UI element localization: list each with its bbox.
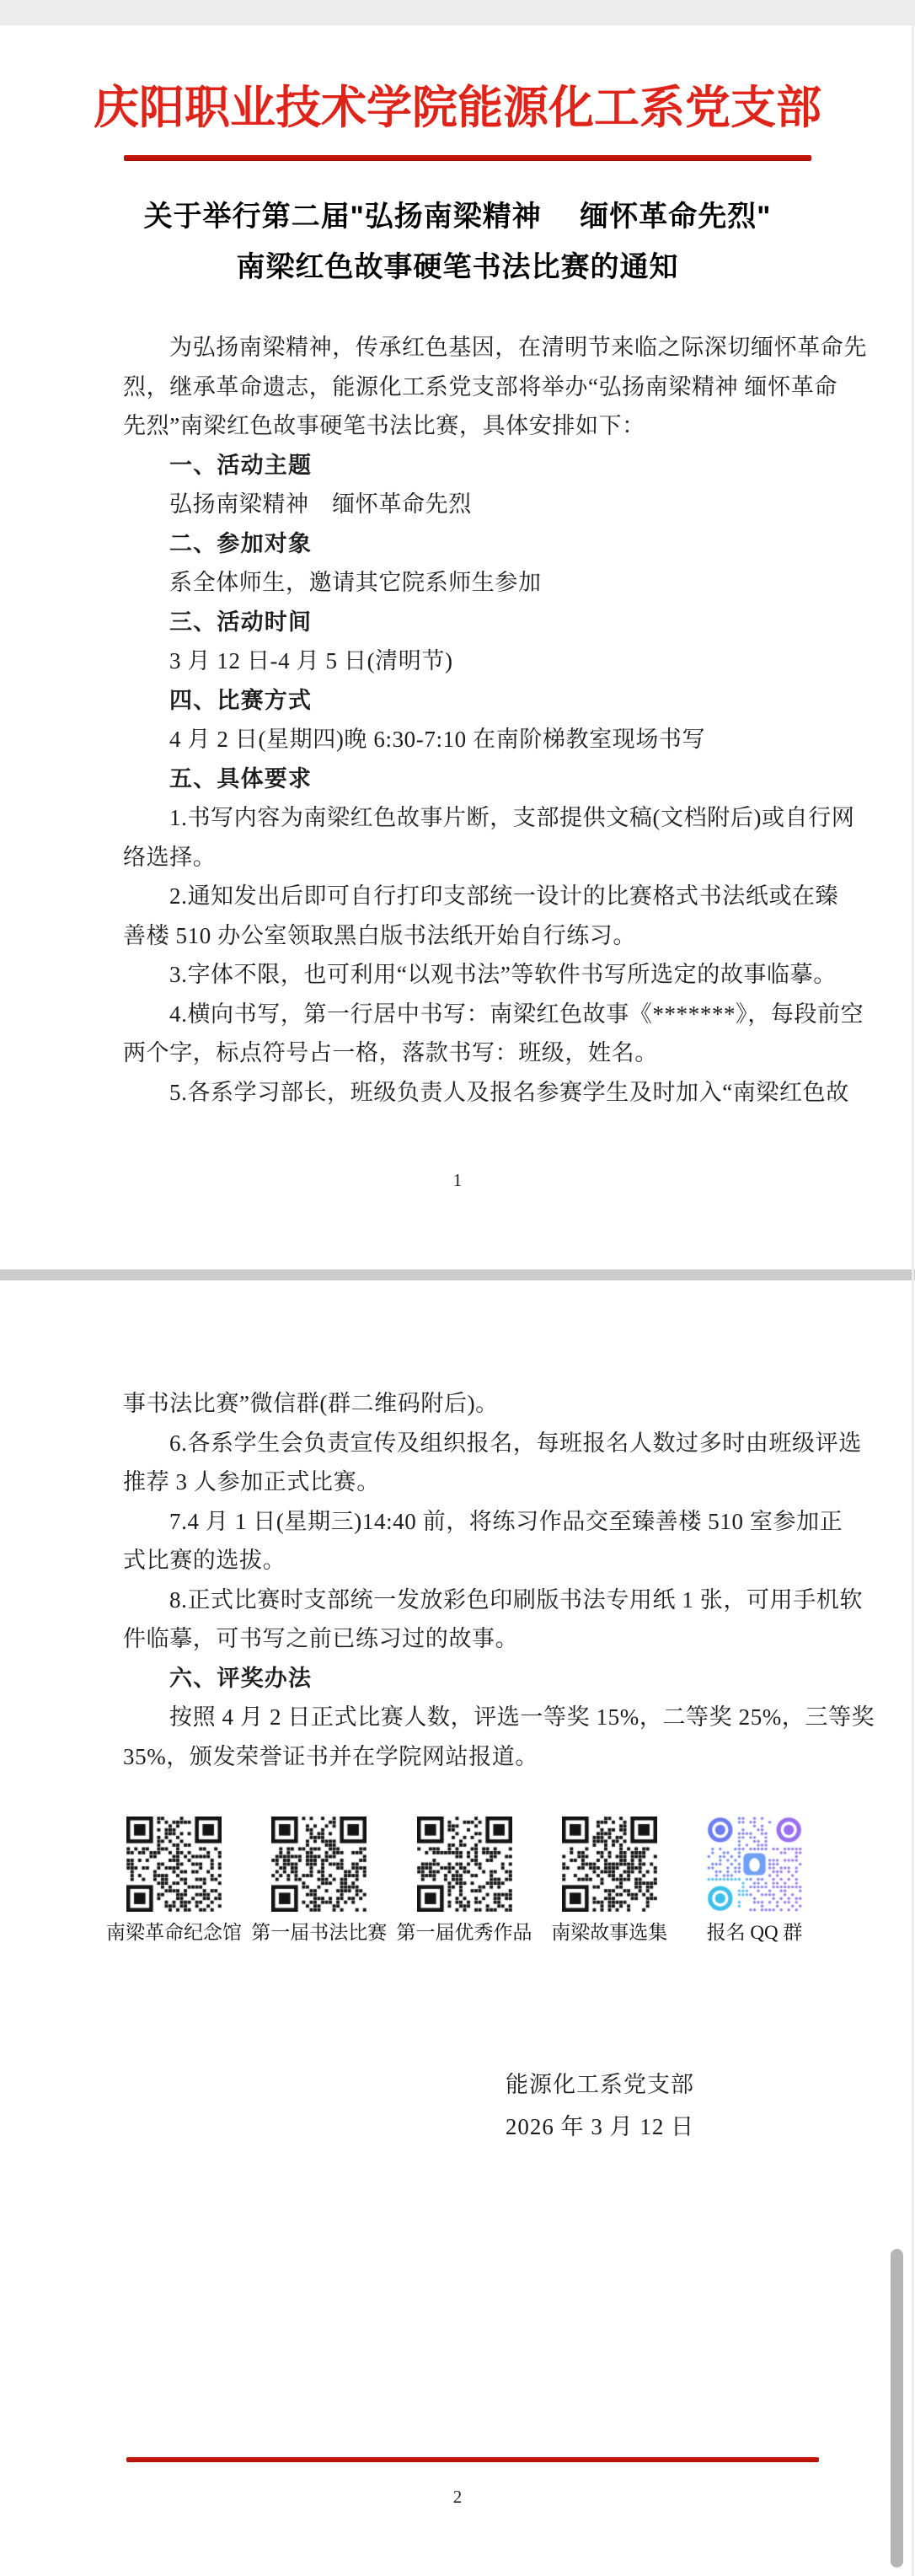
document-text-line: 系全体师生，邀请其它院系师生参加 (123, 563, 816, 603)
qr-item: 第一届优秀作品 (417, 1817, 512, 1912)
document-text-line: 式比赛的选拔。 (123, 1541, 816, 1580)
document-text-line: 烈，继承革命遗志，能源化工系党支部将举办“弘扬南梁精神 缅怀革命 (123, 368, 816, 407)
qr-code-row: 南梁革命纪念馆 第一届书法比赛 第一届优秀作品 南梁故事选集 报名 QQ 群 (126, 1817, 802, 1912)
page-gap-divider (0, 1269, 915, 1280)
qr-code-label: 南梁革命纪念馆 (106, 1917, 242, 1945)
qr-code-label: 第一届书法比赛 (251, 1917, 387, 1945)
qr-code-image (562, 1817, 657, 1912)
document-text-line: 六、评奖办法 (123, 1659, 816, 1699)
signature-date: 2026 年 3 月 12 日 (452, 2106, 747, 2148)
document-text-line: 一、活动主题 (123, 446, 816, 486)
qr-code-image (707, 1817, 802, 1912)
document-text-line: 35%，颁发荣誉证书并在学院网站报道。 (123, 1737, 816, 1777)
qr-code-label: 第一届优秀作品 (397, 1917, 532, 1945)
document-text-line: 事书法比赛”微信群(群二维码附后)。 (123, 1384, 816, 1424)
organization-header: 庆阳职业技术学院能源化工系党支部 (0, 71, 915, 145)
document-title-line-2: 南梁红色故事硬笔书法比赛的通知 (0, 250, 915, 285)
qr-item: 南梁故事选集 (562, 1817, 657, 1912)
document-text-line: 4 月 2 日(星期四)晚 6:30-7:10 在南阶梯教室现场书写 (123, 720, 816, 759)
document-text-line: 络选择。 (123, 838, 816, 877)
document-text-line: 先烈”南梁红色故事硬笔书法比赛，具体安排如下： (123, 406, 816, 446)
page1-number: 1 (0, 1170, 915, 1191)
document-text-line: 8.正式比赛时支部统一发放彩色印刷版书法专用纸 1 张，可用手机软 (123, 1580, 816, 1620)
qr-item: 第一届书法比赛 (271, 1817, 367, 1912)
document-text-line: 两个字，标点符号占一格，落款书写：班级，姓名。 (123, 1033, 816, 1073)
qr-item: 报名 QQ 群 (707, 1817, 802, 1912)
qr-item: 南梁革命纪念馆 (126, 1817, 222, 1912)
document-text-line: 推荐 3 人参加正式比赛。 (123, 1462, 816, 1502)
document-text-line: 三、活动时间 (123, 603, 816, 642)
viewport-top-strip (0, 0, 915, 25)
document-text-line: 5.各系学习部长，班级负责人及报名参赛学生及时加入“南梁红色故 (123, 1073, 816, 1113)
document-text-line: 按照 4 月 2 日正式比赛人数，评选一等奖 15%，二等奖 25%，三等奖 (123, 1698, 816, 1737)
qr-code-image (271, 1817, 367, 1912)
page1-body-text: 为弘扬南梁精神，传承红色基因，在清明节来临之际深切缅怀革命先烈，继承革命遗志，能… (123, 328, 816, 1112)
qr-code-label: 南梁故事选集 (551, 1917, 667, 1945)
document-text-line: 3 月 12 日-4 月 5 日(清明节) (123, 641, 816, 681)
signature-organization: 能源化工系党支部 (452, 2063, 747, 2106)
qr-code-label: 报名 QQ 群 (707, 1917, 803, 1945)
document-text-line: 6.各系学生会负责宣传及组织报名，每班报名人数过多时由班级评选 (123, 1424, 816, 1463)
page2-body-text: 事书法比赛”微信群(群二维码附后)。6.各系学生会负责宣传及组织报名，每班报名人… (123, 1384, 816, 1776)
document-text-line: 弘扬南梁精神 缅怀革命先烈 (123, 485, 816, 524)
qr-code-image (126, 1817, 222, 1912)
document-text-line: 7.4 月 1 日(星期三)14:40 前，将练习作品交至臻善楼 510 室参加… (123, 1502, 816, 1542)
scrollbar-thumb[interactable] (891, 2249, 903, 2568)
document-text-line: 1.书写内容为南梁红色故事片断，支部提供文稿(文档附后)或自行网 (123, 798, 816, 838)
document-title-line-1: 关于举行第二届"弘扬南梁精神 缅怀革命先烈" (0, 199, 915, 234)
footer-red-rule (126, 2457, 819, 2462)
document-text-line: 4.横向书写，第一行居中书写：南梁红色故事《*******》，每段前空 (123, 995, 816, 1034)
document-text-line: 为弘扬南梁精神，传承红色基因，在清明节来临之际深切缅怀革命先 (123, 328, 816, 368)
document-text-line: 件临摹，可书写之前已练习过的故事。 (123, 1619, 816, 1659)
document-text-line: 2.通知发出后即可自行打印支部统一设计的比赛格式书法纸或在臻 (123, 877, 816, 916)
document-text-line: 3.字体不限，也可利用“以观书法”等软件书写所选定的故事临摹。 (123, 955, 816, 995)
header-red-rule (124, 155, 811, 161)
document-text-line: 善楼 510 办公室领取黑白版书法纸开始自行练习。 (123, 916, 816, 956)
signature-block: 能源化工系党支部 2026 年 3 月 12 日 (452, 2063, 747, 2148)
document-text-line: 二、参加对象 (123, 524, 816, 564)
scrollbar-track[interactable] (912, 0, 914, 2576)
document-text-line: 四、比赛方式 (123, 681, 816, 721)
document-text-line: 五、具体要求 (123, 759, 816, 799)
page2-number: 2 (0, 2487, 915, 2508)
qr-code-image (417, 1817, 512, 1912)
